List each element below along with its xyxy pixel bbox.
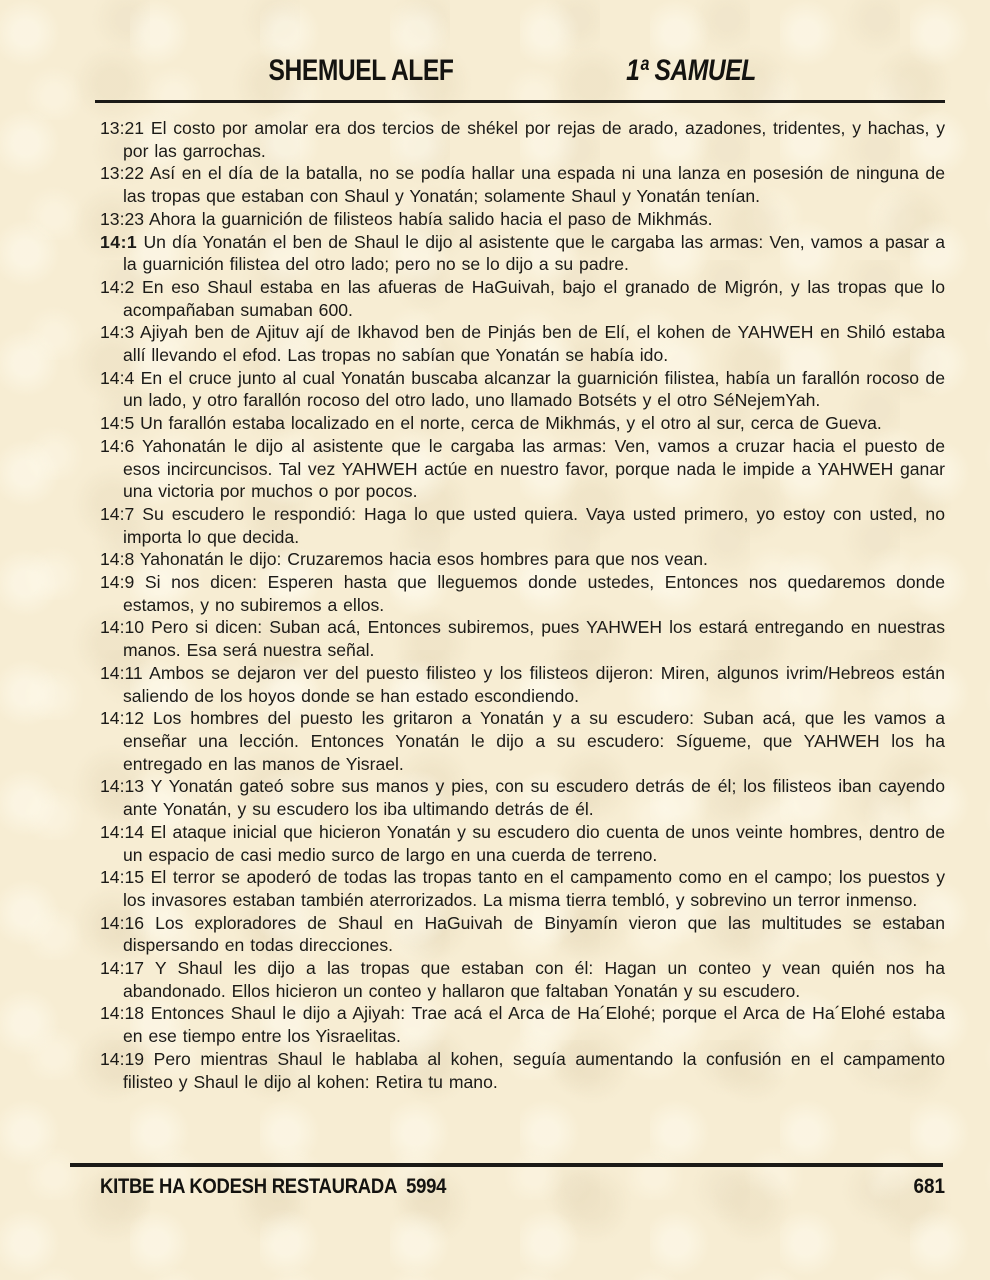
- verse-text: Yahonatán le dijo: Cruzaremos hacia esos…: [140, 549, 708, 569]
- verse-number: 14:14: [100, 822, 144, 842]
- verse: 14:11 Ambos se dejaron ver del puesto fi…: [100, 662, 945, 707]
- verse-text: Ahora la guarnición de filisteos había s…: [149, 209, 713, 229]
- verse-text: Pero si dicen: Suban acá, Entonces subir…: [123, 617, 945, 660]
- verse-number: 14:17: [100, 958, 144, 978]
- verse-number: 13:21: [100, 118, 144, 138]
- verse-number: 14:19: [100, 1049, 144, 1069]
- verse: 14:3 Ajiyah ben de Ajituv ají de Ikhavod…: [100, 321, 945, 366]
- edition-title: KITBE HA KODESH RESTAURADA 5994: [100, 1174, 446, 1200]
- page-number: 681: [913, 1174, 945, 1200]
- header-divider-rule: [95, 100, 945, 103]
- verse-text: Los hombres del puesto les gritaron a Yo…: [123, 708, 945, 773]
- verse-text: En eso Shaul estaba en las afueras de Ha…: [123, 277, 945, 320]
- verse-text: Entonces Shaul le dijo a Ajiyah: Trae ac…: [123, 1003, 945, 1046]
- verse-text: El terror se apoderó de todas las tropas…: [123, 867, 945, 910]
- verse: 14:13 Y Yonatán gateó sobre sus manos y …: [100, 775, 945, 820]
- verse: 14:6 Yahonatán le dijo al asistente que …: [100, 435, 945, 503]
- verse: 14:9 Si nos dicen: Esperen hasta que lle…: [100, 571, 945, 616]
- verse-text: Yahonatán le dijo al asistente que le ca…: [123, 436, 945, 501]
- verse: 14:4 En el cruce junto al cual Yonatán b…: [100, 367, 945, 412]
- verse-text: El costo por amolar era dos tercios de s…: [123, 118, 945, 161]
- verse-number: 14:13: [100, 776, 144, 796]
- verse-number: 14:8: [100, 549, 134, 569]
- verse-text: Su escudero le respondió: Haga lo que us…: [123, 504, 945, 547]
- verse-text: El ataque inicial que hicieron Yonatán y…: [123, 822, 945, 865]
- verse: 14:7 Su escudero le respondió: Haga lo q…: [100, 503, 945, 548]
- verse-number: 14:5: [100, 413, 134, 433]
- verse: 14:1 Un día Yonatán el ben de Shaul le d…: [100, 231, 945, 276]
- verse-number: 14:10: [100, 617, 144, 637]
- verse-text: Y Shaul les dijo a las tropas que estaba…: [123, 958, 945, 1001]
- page-footer: KITBE HA KODESH RESTAURADA 5994 681: [0, 1174, 990, 1200]
- verse: 14:19 Pero mientras Shaul le hablaba al …: [100, 1048, 945, 1093]
- verse: 14:2 En eso Shaul estaba en las afueras …: [100, 276, 945, 321]
- verse: 14:10 Pero si dicen: Suban acá, Entonces…: [100, 616, 945, 661]
- verse-number: 13:23: [100, 209, 144, 229]
- verse-number: 14:1: [100, 232, 137, 252]
- verse-number: 13:22: [100, 163, 144, 183]
- verse-text: Los exploradores de Shaul en HaGuivah de…: [123, 913, 945, 956]
- book-title-spanish: 1ª SAMUEL: [626, 54, 756, 88]
- verse-number: 14:16: [100, 913, 144, 933]
- verse-number: 14:15: [100, 867, 144, 887]
- verse-number: 14:12: [100, 708, 144, 728]
- verse: 14:8 Yahonatán le dijo: Cruzaremos hacia…: [100, 548, 945, 571]
- verse-text: Y Yonatán gateó sobre sus manos y pies, …: [123, 776, 945, 819]
- page-header: SHEMUEL ALEF 1ª SAMUEL: [0, 54, 990, 90]
- verse: 13:23 Ahora la guarnición de filisteos h…: [100, 208, 945, 231]
- verse-text: Ambos se dejaron ver del puesto filisteo…: [123, 663, 945, 706]
- verse: 14:16 Los exploradores de Shaul en HaGui…: [100, 912, 945, 957]
- verse: 14:14 El ataque inicial que hicieron Yon…: [100, 821, 945, 866]
- verse: 14:17 Y Shaul les dijo a las tropas que …: [100, 957, 945, 1002]
- verse-number: 14:3: [100, 322, 134, 342]
- verse-number: 14:11: [100, 663, 143, 683]
- verse-text: Ajiyah ben de Ajituv ají de Ikhavod ben …: [123, 322, 945, 365]
- verse-list: 13:21 El costo por amolar era dos tercio…: [100, 117, 945, 1093]
- verse: 14:5 Un farallón estaba localizado en el…: [100, 412, 945, 435]
- verse-text: Un día Yonatán el ben de Shaul le dijo a…: [123, 232, 945, 275]
- scripture-page: SHEMUEL ALEF 1ª SAMUEL 13:21 El costo po…: [0, 0, 990, 1280]
- footer-divider-rule: [70, 1163, 943, 1167]
- verse: 14:15 El terror se apoderó de todas las …: [100, 866, 945, 911]
- verse-number: 14:4: [100, 368, 134, 388]
- verse: 14:18 Entonces Shaul le dijo a Ajiyah: T…: [100, 1002, 945, 1047]
- verse: 13:21 El costo por amolar era dos tercio…: [100, 117, 945, 162]
- verse-text: Así en el día de la batalla, no se podía…: [123, 163, 945, 206]
- verse-text: Si nos dicen: Esperen hasta que lleguemo…: [123, 572, 945, 615]
- verse-number: 14:9: [100, 572, 134, 592]
- verse-text: En el cruce junto al cual Yonatán buscab…: [123, 368, 945, 411]
- verse-number: 14:18: [100, 1003, 144, 1023]
- verse-number: 14:6: [100, 436, 134, 456]
- verse: 13:22 Así en el día de la batalla, no se…: [100, 162, 945, 207]
- verse-text: Un farallón estaba localizado en el nort…: [140, 413, 882, 433]
- book-title-hebrew: SHEMUEL ALEF: [269, 54, 454, 88]
- verse-number: 14:2: [100, 277, 134, 297]
- verse-text: Pero mientras Shaul le hablaba al kohen,…: [123, 1049, 945, 1092]
- verse-number: 14:7: [100, 504, 134, 524]
- verse: 14:12 Los hombres del puesto les gritaro…: [100, 707, 945, 775]
